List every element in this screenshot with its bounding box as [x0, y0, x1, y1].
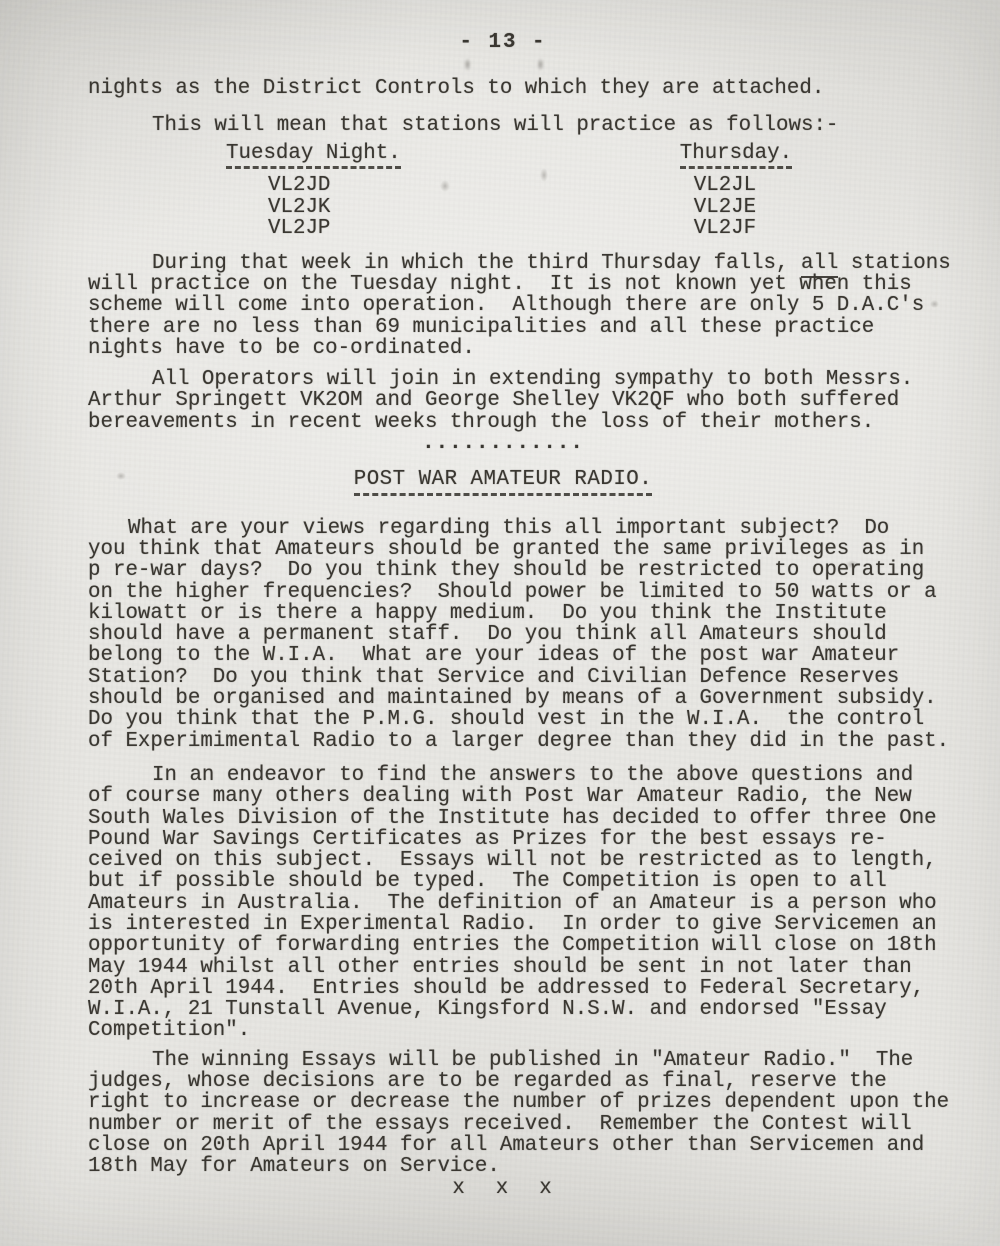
tuesday-station-list: VL2JD VL2JK VL2JP: [268, 175, 401, 240]
paper-stain: [116, 472, 126, 480]
section-separator-dots: ............: [88, 433, 968, 454]
schedule-column-tuesday: Tuesday Night. VL2JD VL2JK VL2JP: [226, 143, 401, 240]
practice-schedule: Tuesday Night. VL2JD VL2JK VL2JP Thursda…: [88, 143, 968, 240]
paragraph-essay-competition: In an endeavor to find the answers to th…: [88, 765, 968, 1042]
paragraph-sympathy: All Operators will join in extending sym…: [88, 369, 968, 433]
paragraph-views-questions: What are your views regarding this all i…: [88, 518, 968, 752]
station-callsign: VL2JF: [694, 218, 792, 240]
schedule-header-tuesday: Tuesday Night.: [226, 143, 401, 169]
paragraph-during-week: During that week in which the third Thur…: [88, 253, 968, 359]
section-heading: POST WAR AMATEUR RADIO.: [354, 469, 653, 495]
paper-stain: [440, 180, 450, 192]
station-callsign: VL2JD: [268, 175, 401, 197]
paper-stain: [930, 300, 939, 308]
end-mark: x x x: [88, 1178, 968, 1199]
paper-stain: [540, 168, 548, 182]
station-callsign: VL2JK: [268, 197, 401, 219]
paragraph-winning-essays: The winning Essays will be published in …: [88, 1050, 968, 1178]
station-callsign: VL2JL: [694, 175, 792, 197]
section-heading-row: POST WAR AMATEUR RADIO.: [88, 469, 968, 495]
page-number: - 13 -: [88, 32, 968, 53]
paragraph-district-controls: nights as the District Controls to which…: [88, 78, 968, 99]
station-callsign: VL2JP: [268, 218, 401, 240]
document-page: - 13 - nights as the District Controls t…: [0, 0, 1000, 1246]
paragraph-lead-in: This will mean that stations will practi…: [88, 115, 968, 136]
schedule-header-thursday: Thursday.: [680, 143, 792, 169]
ink-ghost-mark: [464, 58, 471, 71]
station-callsign: VL2JE: [694, 197, 792, 219]
during-text-before: During that week in which the third Thur…: [152, 252, 801, 275]
thursday-station-list: VL2JL VL2JE VL2JF: [694, 175, 792, 240]
ink-ghost-mark: [537, 58, 544, 71]
text-column: - 13 - nights as the District Controls t…: [88, 0, 968, 1199]
paper-stain: [846, 560, 858, 569]
schedule-column-thursday: Thursday. VL2JL VL2JE VL2JF: [680, 143, 792, 240]
